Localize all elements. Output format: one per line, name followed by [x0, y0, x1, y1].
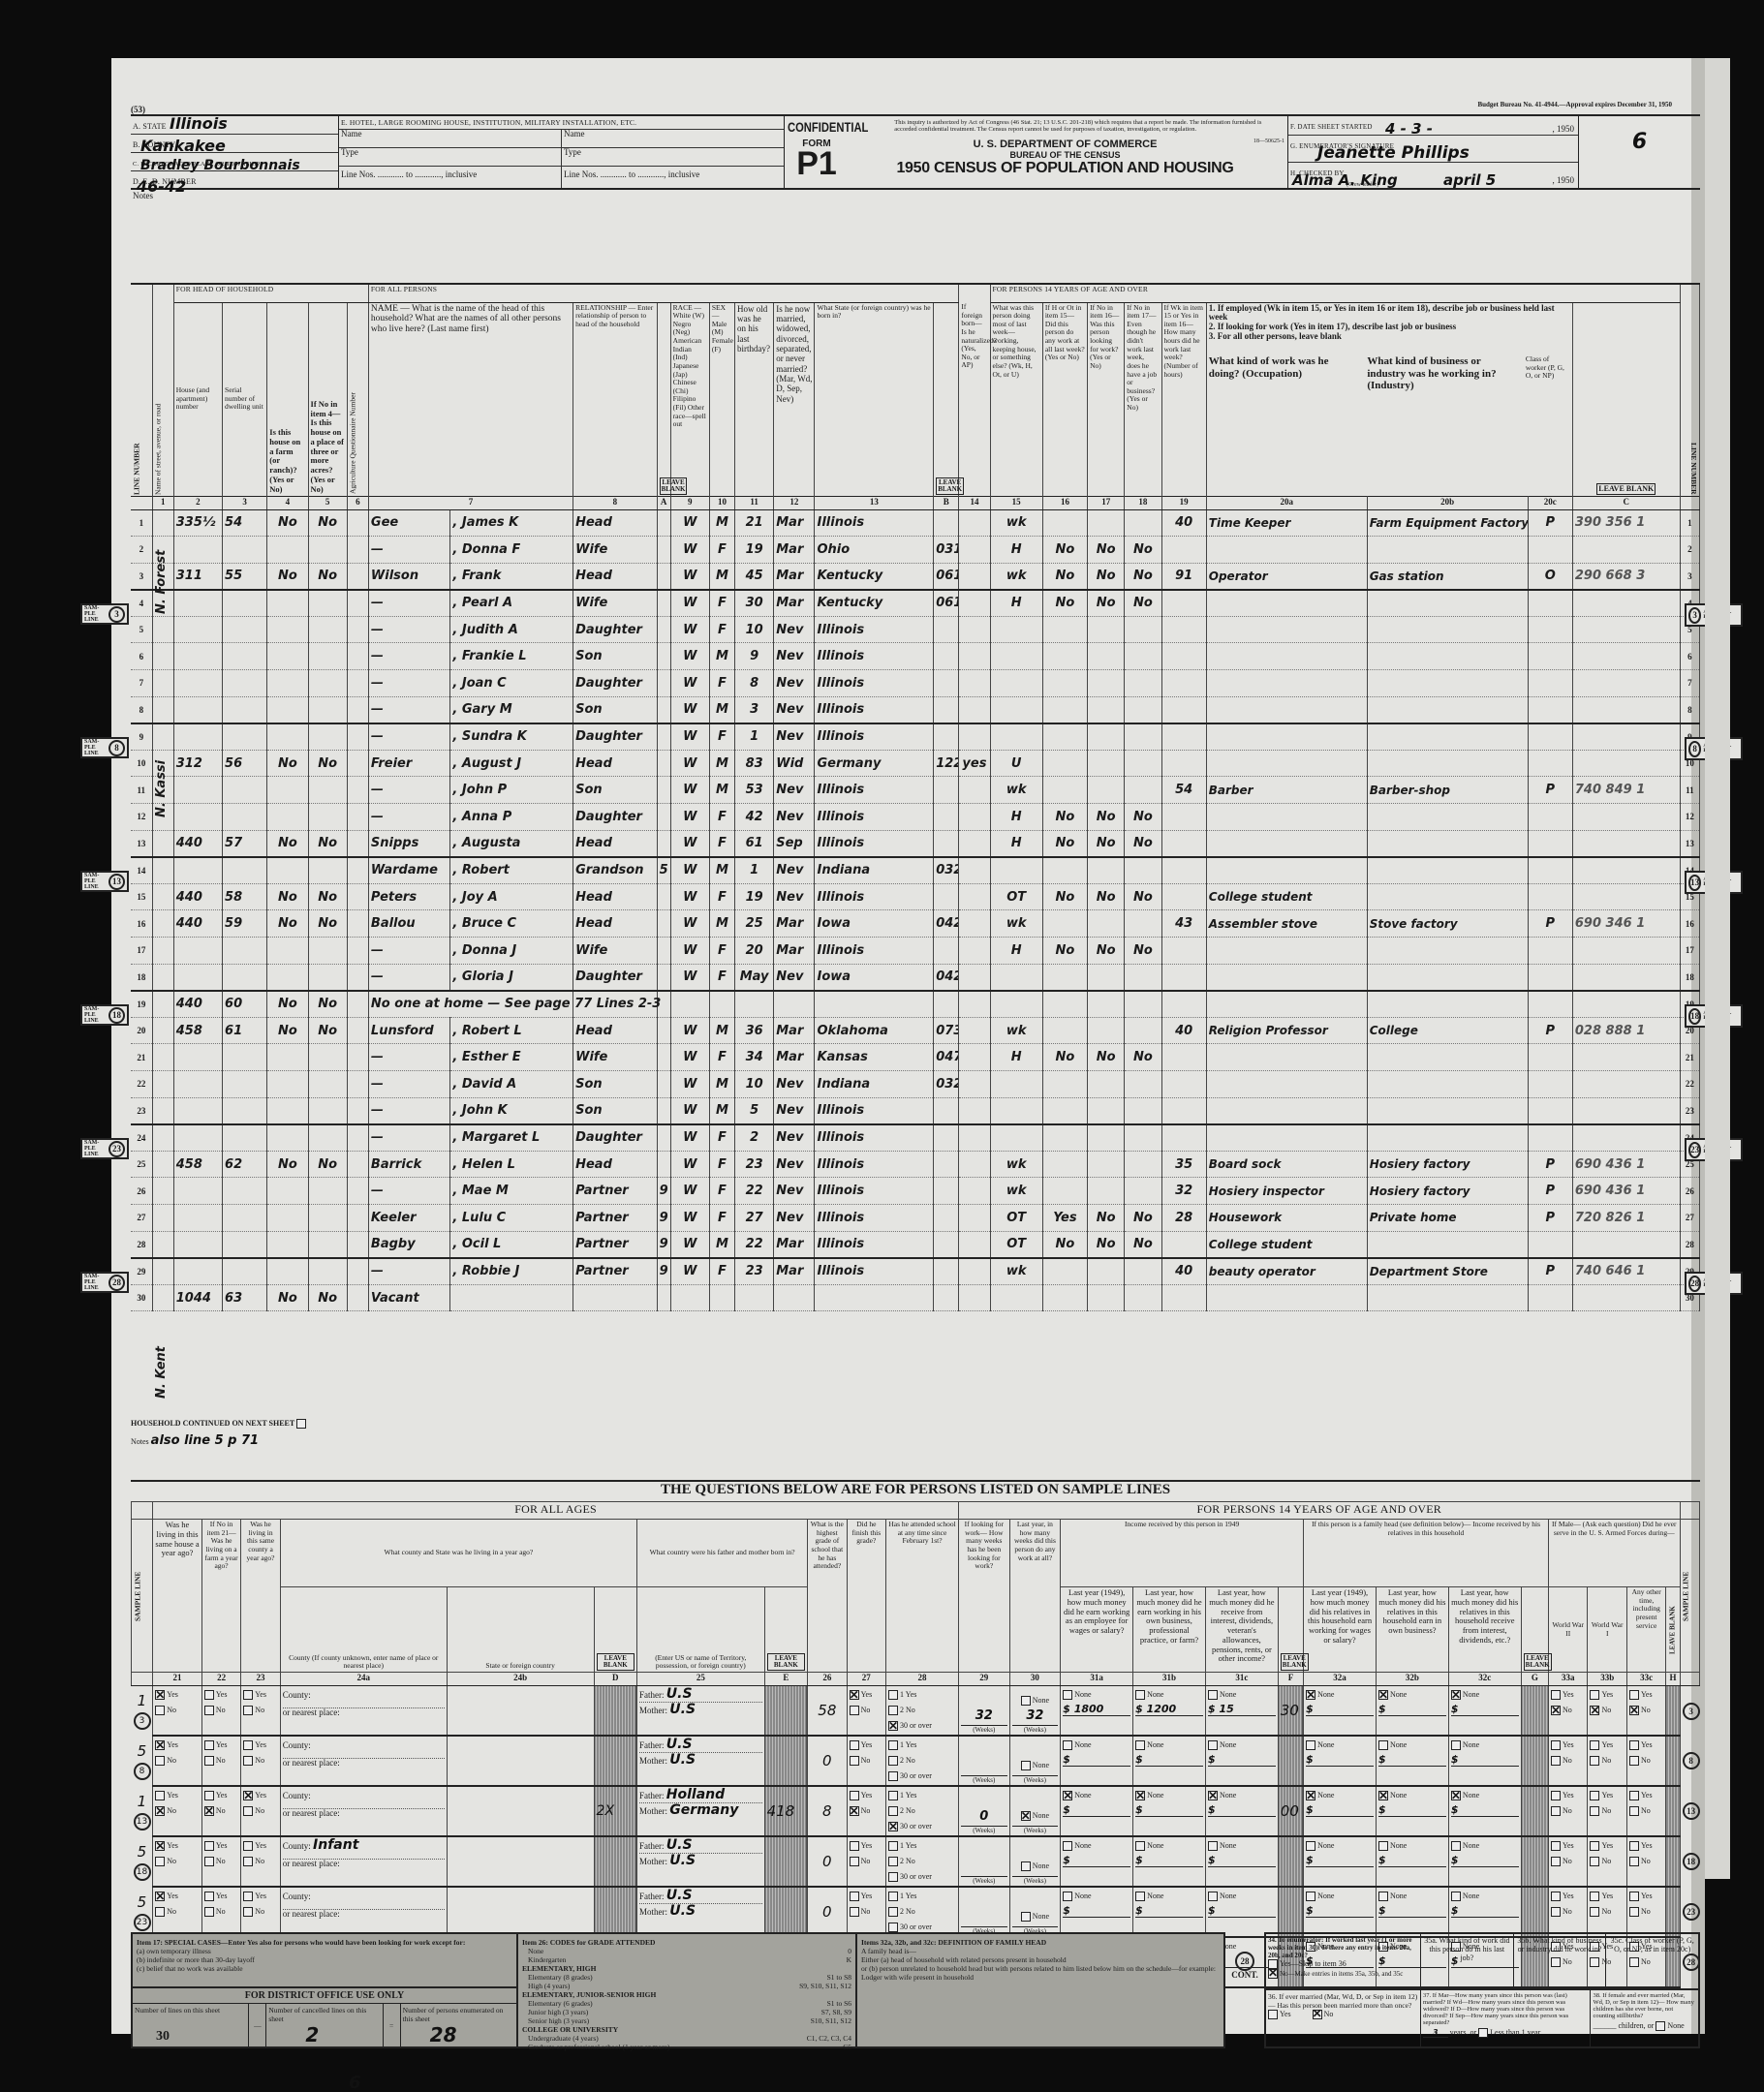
cell-sex[interactable]: M — [709, 563, 734, 590]
cell-c18[interactable]: No — [1125, 1231, 1161, 1258]
q37-years[interactable]: 3 — [1423, 2028, 1448, 2038]
cell-c18[interactable] — [1125, 1258, 1161, 1285]
cell-birthplace[interactable]: Illinois — [815, 1204, 934, 1231]
cell-rel[interactable]: Head — [573, 1151, 657, 1178]
cell-age[interactable]: 42 — [735, 804, 774, 831]
cell-b[interactable]: 061 — [934, 563, 959, 590]
cell-rel[interactable]: Partner — [573, 1204, 657, 1231]
cell-code[interactable] — [1572, 830, 1680, 857]
cell-farm[interactable] — [267, 670, 308, 697]
c31c-other-income[interactable]: None$ — [1205, 1786, 1278, 1836]
cell-occupation[interactable] — [1206, 750, 1367, 777]
cell-code[interactable] — [1572, 1070, 1680, 1097]
cell-c17[interactable]: No — [1088, 1044, 1125, 1071]
cell-code[interactable] — [1572, 1044, 1680, 1071]
cell-street[interactable] — [152, 1044, 173, 1071]
cell-class[interactable]: P — [1528, 1178, 1572, 1205]
cell-age[interactable]: 9 — [735, 643, 774, 670]
cell-sex[interactable]: F — [709, 1124, 734, 1152]
cell-serial[interactable]: 63 — [223, 1284, 267, 1311]
cell-birthplace[interactable]: Illinois — [815, 1097, 934, 1124]
cell-rel[interactable]: Daughter — [573, 670, 657, 697]
cell-race[interactable]: W — [670, 883, 709, 910]
c26-grade[interactable]: 58 — [808, 1686, 847, 1737]
cell-6[interactable] — [347, 1070, 368, 1097]
household-continued-checkbox[interactable] — [296, 1419, 306, 1429]
checked-by-field[interactable]: h. CHECKED BY Alma A. King april 5 , 195… — [1288, 163, 1578, 188]
cell-age[interactable]: 2 — [735, 1124, 774, 1152]
cell-industry[interactable] — [1367, 964, 1528, 991]
cell-street[interactable] — [152, 857, 173, 884]
cell-activity[interactable]: OT — [990, 1204, 1042, 1231]
cell-sex[interactable]: M — [709, 750, 734, 777]
cell-c16[interactable] — [1042, 1151, 1087, 1178]
cell-code[interactable]: 390 356 1 — [1572, 509, 1680, 537]
cell-age[interactable]: 19 — [735, 883, 774, 910]
cell-namelast[interactable]: — — [368, 1044, 449, 1071]
c26-grade[interactable]: 0 — [808, 1887, 847, 1937]
cell-class[interactable]: P — [1528, 1151, 1572, 1178]
cell-a[interactable] — [657, 509, 670, 537]
cell-hours[interactable]: 40 — [1161, 1258, 1206, 1285]
cell-code[interactable]: 690 346 1 — [1572, 910, 1680, 938]
cell-c17[interactable] — [1088, 777, 1125, 804]
cell-nat[interactable] — [959, 1284, 990, 1311]
cell-a[interactable] — [657, 723, 670, 751]
c32a-relatives-wages[interactable]: None$ — [1304, 1786, 1377, 1836]
cell-marital[interactable]: Nev — [774, 1204, 815, 1231]
cell-b[interactable] — [934, 883, 959, 910]
cell-race[interactable]: W — [670, 938, 709, 965]
cell-industry[interactable] — [1367, 670, 1528, 697]
cell-6[interactable] — [347, 643, 368, 670]
cell-class[interactable] — [1528, 883, 1572, 910]
cell-marital[interactable]: Mar — [774, 938, 815, 965]
cell-namelast[interactable]: — — [368, 1124, 449, 1152]
c21-living-same-house[interactable]: YesNo — [153, 1836, 202, 1887]
c31a-wages[interactable]: None$ — [1061, 1736, 1133, 1786]
cell-rel[interactable]: Head — [573, 1017, 657, 1044]
cell-street[interactable] — [152, 1178, 173, 1205]
cell-b[interactable] — [934, 696, 959, 723]
cell-street[interactable] — [152, 1070, 173, 1097]
cell-occupation[interactable] — [1206, 830, 1367, 857]
cell-acres[interactable] — [308, 857, 347, 884]
cell-age[interactable]: 5 — [735, 1097, 774, 1124]
cell-6[interactable] — [347, 1258, 368, 1285]
c28-attended-school[interactable]: 1 Yes2 No30 or over — [886, 1736, 959, 1786]
cell-nat[interactable] — [959, 616, 990, 643]
cell-acres[interactable]: No — [308, 991, 347, 1018]
cell-sex[interactable]: F — [709, 804, 734, 831]
c24a-county[interactable]: County: or nearest place: — [280, 1887, 447, 1937]
cell-acres[interactable] — [308, 1124, 347, 1152]
cell-farm[interactable] — [267, 777, 308, 804]
cell-sex[interactable]: F — [709, 1258, 734, 1285]
cell-race[interactable]: W — [670, 910, 709, 938]
c29-weeks-looking[interactable]: (Weeks) — [959, 1887, 1010, 1937]
c23-same-county[interactable]: YesNo — [241, 1836, 280, 1887]
c23-same-county[interactable]: YesNo — [241, 1736, 280, 1786]
col-e[interactable]: 418 — [764, 1786, 808, 1836]
cell-age[interactable]: 53 — [735, 777, 774, 804]
cell-namefirst[interactable]: , Donna F — [450, 537, 573, 564]
cell-farm[interactable] — [267, 1097, 308, 1124]
cell-c18[interactable] — [1125, 1284, 1161, 1311]
cell-c16[interactable] — [1042, 670, 1087, 697]
cell-sex[interactable]: M — [709, 696, 734, 723]
cell-house[interactable] — [173, 1070, 222, 1097]
c32c-relatives-other[interactable]: None$ — [1448, 1786, 1521, 1836]
cell-class[interactable] — [1528, 938, 1572, 965]
cell-marital[interactable]: Nev — [774, 804, 815, 831]
cell-a[interactable] — [657, 696, 670, 723]
cell-house[interactable] — [173, 670, 222, 697]
cell-industry[interactable]: College — [1367, 1017, 1528, 1044]
cell-marital[interactable]: Mar — [774, 590, 815, 617]
cell-6[interactable] — [347, 616, 368, 643]
cell-hours[interactable] — [1161, 643, 1206, 670]
cell-c16[interactable] — [1042, 1178, 1087, 1205]
cell-acres[interactable] — [308, 938, 347, 965]
cell-namelast[interactable]: Freier — [368, 750, 449, 777]
cell-6[interactable] — [347, 1151, 368, 1178]
cell-namelast[interactable]: — — [368, 643, 449, 670]
cell-class[interactable] — [1528, 964, 1572, 991]
c31b-business-income[interactable]: None$ — [1133, 1887, 1206, 1937]
cell-age[interactable] — [735, 1284, 774, 1311]
sample-line-number[interactable]: 113 — [132, 1786, 153, 1836]
cell-c16[interactable] — [1042, 857, 1087, 884]
cell-6[interactable] — [347, 1204, 368, 1231]
cell-occupation[interactable]: Time Keeper — [1206, 509, 1367, 537]
cell-6[interactable] — [347, 1044, 368, 1071]
cell-namelast[interactable]: Snipps — [368, 830, 449, 857]
cell-hours[interactable]: 40 — [1161, 1017, 1206, 1044]
cell-sex[interactable]: M — [709, 509, 734, 537]
cell-street[interactable] — [152, 1151, 173, 1178]
cell-class[interactable] — [1528, 1231, 1572, 1258]
cell-activity[interactable] — [990, 616, 1042, 643]
col-f[interactable] — [1278, 1887, 1303, 1937]
cell-birthplace[interactable]: Illinois — [815, 1124, 934, 1152]
cell-rel[interactable]: Wife — [573, 590, 657, 617]
cell-occupation[interactable]: Hosiery inspector — [1206, 1178, 1367, 1205]
cell-c16[interactable] — [1042, 1258, 1087, 1285]
cell-occupation[interactable] — [1206, 537, 1367, 564]
cell-6[interactable] — [347, 509, 368, 537]
cell-nat[interactable] — [959, 910, 990, 938]
c31b-business-income[interactable]: None$ 1200 — [1133, 1686, 1206, 1737]
cell-birthplace[interactable]: Iowa — [815, 910, 934, 938]
cell-race[interactable]: W — [670, 1044, 709, 1071]
cell-6[interactable] — [347, 883, 368, 910]
cell-class[interactable]: O — [1528, 563, 1572, 590]
cell-industry[interactable] — [1367, 1070, 1528, 1097]
cell-class[interactable] — [1528, 804, 1572, 831]
cell-rel[interactable]: Son — [573, 1070, 657, 1097]
col-f[interactable] — [1278, 1836, 1303, 1887]
cell-occupation[interactable] — [1206, 590, 1367, 617]
state-field[interactable]: a. STATEIllinois — [131, 116, 338, 135]
cell-c18[interactable] — [1125, 1124, 1161, 1152]
cell-race[interactable]: W — [670, 830, 709, 857]
cell-class[interactable] — [1528, 857, 1572, 884]
cell-b[interactable] — [934, 723, 959, 751]
cell-a[interactable] — [657, 883, 670, 910]
cell-occupation[interactable] — [1206, 1070, 1367, 1097]
cell-serial[interactable]: 60 — [223, 991, 267, 1018]
cell-c18[interactable]: No — [1125, 830, 1161, 857]
cell-nat[interactable] — [959, 857, 990, 884]
cell-street[interactable] — [152, 991, 173, 1018]
cell-house[interactable]: 335½ — [173, 509, 222, 537]
cell-age[interactable]: 30 — [735, 590, 774, 617]
cell-race[interactable]: W — [670, 1017, 709, 1044]
cell-a[interactable] — [657, 1151, 670, 1178]
cell-race[interactable]: W — [670, 590, 709, 617]
cell-serial[interactable] — [223, 696, 267, 723]
cell-house[interactable] — [173, 1124, 222, 1152]
cell-activity[interactable]: wk — [990, 509, 1042, 537]
cell-code[interactable] — [1572, 750, 1680, 777]
c31b-business-income[interactable]: None$ — [1133, 1736, 1206, 1786]
c33b-ww1[interactable]: YesNo — [1588, 1736, 1626, 1786]
cell-farm[interactable] — [267, 537, 308, 564]
cell-c16[interactable] — [1042, 910, 1087, 938]
cell-marital[interactable]: Mar — [774, 1044, 815, 1071]
cell-code[interactable] — [1572, 1284, 1680, 1311]
cell-6[interactable] — [347, 1231, 368, 1258]
cell-sex[interactable]: F — [709, 1044, 734, 1071]
cell-occupation[interactable]: beauty operator — [1206, 1258, 1367, 1285]
hotel-lines-2[interactable]: Line Nos. ............ to ............, … — [562, 167, 784, 184]
cell-c18[interactable]: No — [1125, 883, 1161, 910]
cell-a[interactable] — [657, 777, 670, 804]
cell-house[interactable] — [173, 777, 222, 804]
cell-race[interactable]: W — [670, 777, 709, 804]
cell-namefirst[interactable]: , Frank — [450, 563, 573, 590]
cell-marital[interactable] — [774, 1284, 815, 1311]
cell-namelast[interactable]: Gee — [368, 509, 449, 537]
cell-acres[interactable] — [308, 1044, 347, 1071]
cell-acres[interactable] — [308, 537, 347, 564]
col-d[interactable] — [594, 1887, 637, 1937]
cell-birthplace[interactable]: Illinois — [815, 509, 934, 537]
cell-sex[interactable]: F — [709, 1204, 734, 1231]
cell-b[interactable]: 073 — [934, 1017, 959, 1044]
cell-acres[interactable] — [308, 1231, 347, 1258]
cell-b[interactable]: 032 — [934, 857, 959, 884]
cell-acres[interactable] — [308, 1178, 347, 1205]
cell-farm[interactable]: No — [267, 910, 308, 938]
c24a-county[interactable]: County: or nearest place: — [280, 1686, 447, 1737]
col-e[interactable] — [764, 1686, 808, 1737]
cell-c18[interactable] — [1125, 1151, 1161, 1178]
cell-serial[interactable] — [223, 1070, 267, 1097]
cell-race[interactable]: W — [670, 643, 709, 670]
c26-grade[interactable]: 8 — [808, 1786, 847, 1836]
cell-c17[interactable] — [1088, 1017, 1125, 1044]
cell-namefirst[interactable]: , David A — [450, 1070, 573, 1097]
c32a-relatives-wages[interactable]: None$ — [1304, 1736, 1377, 1786]
cell-birthplace[interactable]: Illinois — [815, 938, 934, 965]
cell-class[interactable]: P — [1528, 1204, 1572, 1231]
cell-serial[interactable] — [223, 616, 267, 643]
cell-serial[interactable] — [223, 857, 267, 884]
cell-c18[interactable]: No — [1125, 938, 1161, 965]
cell-activity[interactable] — [990, 1097, 1042, 1124]
cell-hours[interactable] — [1161, 1097, 1206, 1124]
cell-rel[interactable]: Head — [573, 509, 657, 537]
c30-weeks-worked[interactable]: None(Weeks) — [1009, 1887, 1061, 1937]
cell-marital[interactable]: Nev — [774, 696, 815, 723]
cell-nat[interactable] — [959, 670, 990, 697]
cell-code[interactable]: 690 436 1 — [1572, 1178, 1680, 1205]
cell-c17[interactable] — [1088, 1284, 1125, 1311]
cell-marital[interactable]: Nev — [774, 857, 815, 884]
cell-occupation[interactable]: College student — [1206, 1231, 1367, 1258]
cell-activity[interactable]: wk — [990, 563, 1042, 590]
cell-code[interactable] — [1572, 696, 1680, 723]
cell-code[interactable] — [1572, 964, 1680, 991]
c33b-ww1[interactable]: YesNo — [1588, 1786, 1626, 1836]
cell-namefirst[interactable]: , Sundra K — [450, 723, 573, 751]
cell-c17[interactable]: No — [1088, 883, 1125, 910]
cell-street[interactable] — [152, 964, 173, 991]
c31b-business-income[interactable]: None$ — [1133, 1836, 1206, 1887]
cell-farm[interactable] — [267, 804, 308, 831]
cell-c16[interactable]: No — [1042, 830, 1087, 857]
cell-occupation[interactable]: Religion Professor — [1206, 1017, 1367, 1044]
cell-industry[interactable] — [1367, 1097, 1528, 1124]
cell-class[interactable] — [1528, 537, 1572, 564]
cell-activity[interactable] — [990, 991, 1042, 1018]
cell-nat[interactable] — [959, 991, 990, 1018]
cell-nat[interactable] — [959, 938, 990, 965]
cell-c18[interactable]: No — [1125, 804, 1161, 831]
cell-activity[interactable]: H — [990, 537, 1042, 564]
cell-a[interactable] — [657, 643, 670, 670]
cell-6[interactable] — [347, 1284, 368, 1311]
c31c-other-income[interactable]: None$ — [1205, 1887, 1278, 1937]
cell-namefirst[interactable]: , Mae M — [450, 1178, 573, 1205]
cell-street[interactable] — [152, 883, 173, 910]
cell-namelast[interactable]: Keeler — [368, 1204, 449, 1231]
c24b-state[interactable] — [447, 1887, 594, 1937]
cell-birthplace[interactable]: Illinois — [815, 883, 934, 910]
cell-farm[interactable] — [267, 643, 308, 670]
cell-activity[interactable] — [990, 696, 1042, 723]
cell-birthplace[interactable]: Indiana — [815, 1070, 934, 1097]
cell-serial[interactable]: 62 — [223, 1151, 267, 1178]
cell-street[interactable] — [152, 910, 173, 938]
c24a-county[interactable]: County: or nearest place: — [280, 1786, 447, 1836]
cell-namelast[interactable]: Bagby — [368, 1231, 449, 1258]
cell-hours[interactable]: 32 — [1161, 1178, 1206, 1205]
cell-namelast[interactable]: — — [368, 590, 449, 617]
c30-weeks-worked[interactable]: None(Weeks) — [1009, 1786, 1061, 1836]
cell-c17[interactable] — [1088, 616, 1125, 643]
cell-birthplace[interactable]: Illinois — [815, 723, 934, 751]
cell-industry[interactable]: Hosiery factory — [1367, 1178, 1528, 1205]
cell-class[interactable]: P — [1528, 910, 1572, 938]
cell-c17[interactable]: No — [1088, 804, 1125, 831]
cell-rel[interactable]: Daughter — [573, 723, 657, 751]
c23-same-county[interactable]: YesNo — [241, 1686, 280, 1737]
c25-parents-birthplace[interactable]: Father: U.SMother: U.S — [637, 1686, 765, 1737]
cell-house[interactable] — [173, 537, 222, 564]
cell-farm[interactable] — [267, 857, 308, 884]
cell-farm[interactable]: No — [267, 883, 308, 910]
q34-yes[interactable]: Yes—Skip to item 36 — [1268, 1959, 1418, 1969]
cell-industry[interactable] — [1367, 616, 1528, 643]
cell-industry[interactable] — [1367, 991, 1528, 1018]
cell-street[interactable] — [152, 1097, 173, 1124]
cell-sex[interactable]: M — [709, 1231, 734, 1258]
cell-namefirst[interactable]: , Joy A — [450, 883, 573, 910]
cell-industry[interactable] — [1367, 1124, 1528, 1152]
cell-c17[interactable] — [1088, 1178, 1125, 1205]
cell-occupation[interactable] — [1206, 857, 1367, 884]
cell-race[interactable]: W — [670, 537, 709, 564]
cell-industry[interactable]: Department Store — [1367, 1258, 1528, 1285]
cell-serial[interactable] — [223, 643, 267, 670]
cell-house[interactable] — [173, 590, 222, 617]
cell-serial[interactable] — [223, 1204, 267, 1231]
cell-street[interactable] — [152, 1231, 173, 1258]
cell-6[interactable] — [347, 590, 368, 617]
cell-nat[interactable] — [959, 1178, 990, 1205]
cell-c17[interactable] — [1088, 1258, 1125, 1285]
cell-namefirst[interactable]: , August J — [450, 750, 573, 777]
cell-serial[interactable]: 59 — [223, 910, 267, 938]
cell-street[interactable] — [152, 830, 173, 857]
cell-namefirst[interactable]: , Margaret L — [450, 1124, 573, 1152]
c22-living-on-farm[interactable]: YesNo — [201, 1836, 240, 1887]
col-d[interactable]: 2X — [594, 1786, 637, 1836]
c22-living-on-farm[interactable]: YesNo — [201, 1736, 240, 1786]
cell-6[interactable] — [347, 696, 368, 723]
cell-c16[interactable] — [1042, 643, 1087, 670]
cell-c18[interactable] — [1125, 964, 1161, 991]
cell-race[interactable]: W — [670, 670, 709, 697]
cell-namelast[interactable]: — — [368, 1070, 449, 1097]
c27-finished-grade[interactable]: YesNo — [847, 1836, 885, 1887]
cell-street[interactable] — [152, 938, 173, 965]
c32a-relatives-wages[interactable]: None$ — [1304, 1836, 1377, 1887]
cell-nat[interactable] — [959, 696, 990, 723]
cell-rel[interactable]: Wife — [573, 537, 657, 564]
cell-namefirst[interactable]: , Robbie J — [450, 1258, 573, 1285]
cell-farm[interactable] — [267, 1231, 308, 1258]
cell-farm[interactable]: No — [267, 563, 308, 590]
c33a-ww2[interactable]: YesNo — [1549, 1887, 1588, 1937]
cell-farm[interactable] — [267, 696, 308, 723]
cell-a[interactable] — [657, 804, 670, 831]
c33c-other-service[interactable]: YesNo — [1626, 1686, 1665, 1737]
cell-acres[interactable] — [308, 1258, 347, 1285]
col-d[interactable] — [594, 1736, 637, 1786]
cell-c18[interactable] — [1125, 670, 1161, 697]
cell-sex[interactable]: F — [709, 590, 734, 617]
q35a[interactable]: 35a. What kind of work did this person d… — [1421, 1934, 1514, 1988]
c30-weeks-worked[interactable]: None(Weeks) — [1009, 1736, 1061, 1786]
cell-sex[interactable]: F — [709, 1151, 734, 1178]
cell-c17[interactable]: No — [1088, 938, 1125, 965]
cell-race[interactable] — [670, 1284, 709, 1311]
enumerator-signature-field[interactable]: g. ENUMERATOR'S SIGNATURE Jeanette Phill… — [1288, 136, 1578, 163]
